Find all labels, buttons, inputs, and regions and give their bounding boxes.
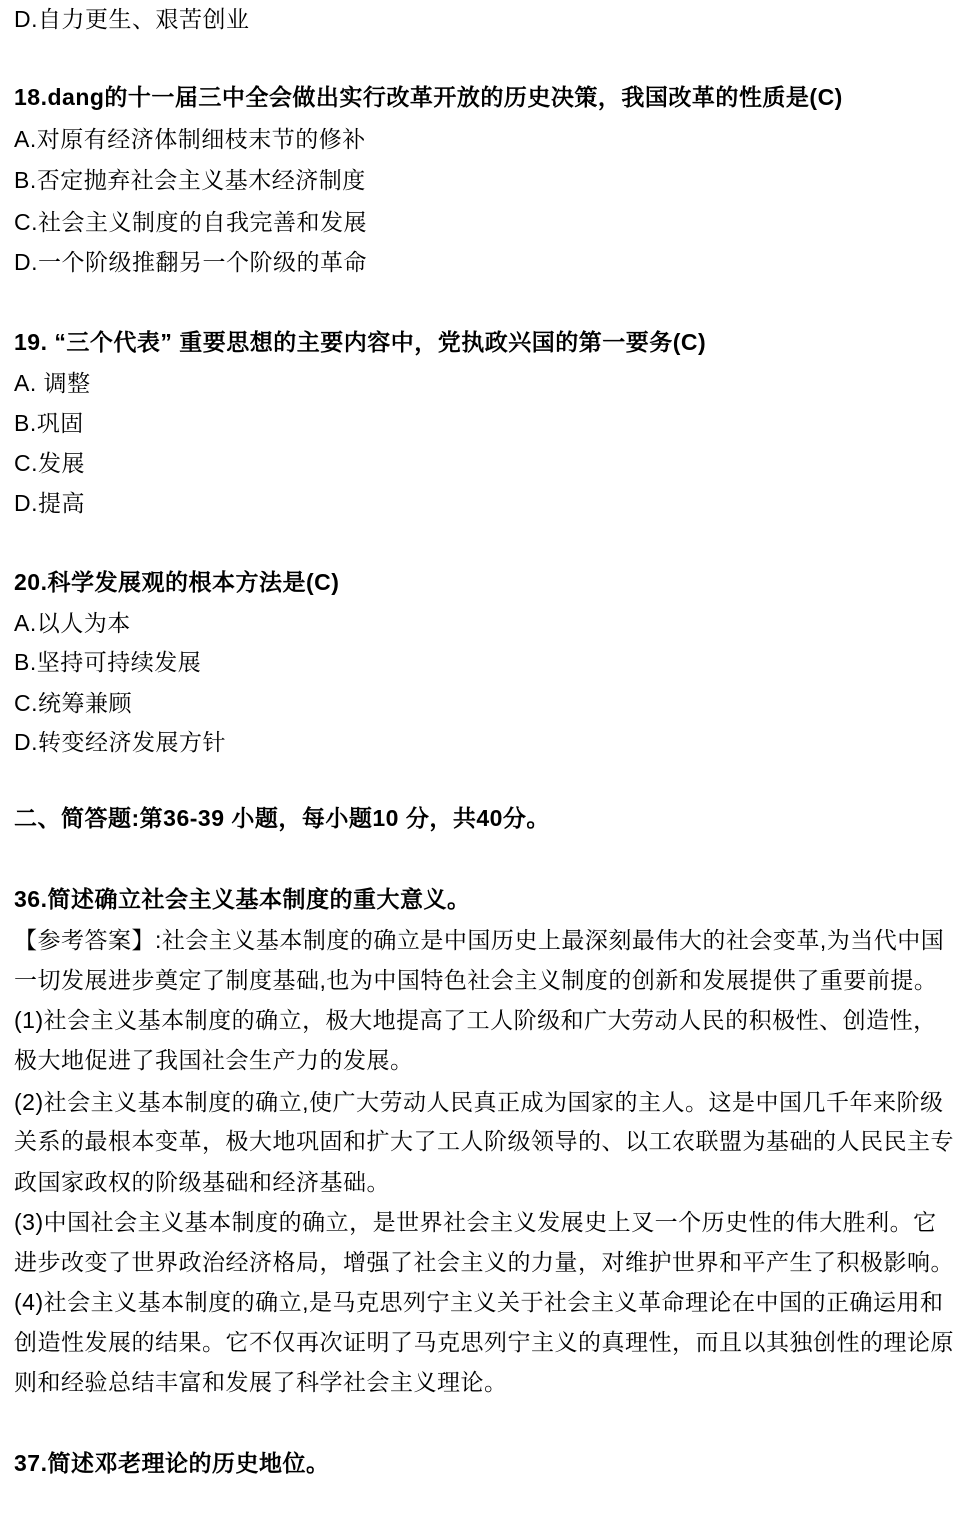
question-18-option-b: B.否定抛弃社会主义基木经济制度 (14, 169, 366, 192)
question-20-option-d: D.转变经济发展方针 (14, 731, 226, 754)
question-36-answer-line: 政国家政权的阶级基础和经济基础。 (14, 1171, 390, 1194)
question-36-answer-line: 创造性发展的结果。它不仅再次证明了马克思列宁主义的真理性，而且以其独创性的理论原 (14, 1331, 954, 1354)
question-19-option-c: C.发展 (14, 452, 85, 475)
question-18-heading: 18.dang的十一届三中全会做出实行改革开放的历史决策，我国改革的性质是(C) (14, 86, 843, 109)
question-18-option-d: D.一个阶级推翻另一个阶级的革命 (14, 251, 367, 274)
question-20-option-c: C.统筹兼顾 (14, 692, 132, 715)
question-36-answer-line: 关系的最根本变革，极大地巩固和扩大了工人阶级领导的、以工农联盟为基础的人民民主专 (14, 1130, 954, 1153)
question-36-heading: 36.简述确立社会主义基本制度的重大意义。 (14, 888, 470, 911)
question-36-answer-line: (2)社会主义基本制度的确立,使广大劳动人民真正成为国家的主人。这是中国几千年来… (14, 1091, 944, 1114)
question-19-heading: 19. “三个代表” 重要思想的主要内容中，党执政兴国的第一要务(C) (14, 331, 706, 354)
question-19-option-d: D.提高 (14, 492, 85, 515)
question-37-heading: 37.简述邓老理论的历史地位。 (14, 1452, 329, 1475)
question-20-heading: 20.科学发展观的根本方法是(C) (14, 571, 339, 594)
question-19-option-a: A. 调整 (14, 372, 91, 395)
option-d-previous-question: D.自力更生、艰苦创业 (14, 8, 250, 31)
question-18-option-a: A.对原有经济体制细枝末节的修补 (14, 128, 366, 151)
question-36-answer-line: (3)中国社会主义基本制度的确立，是世界社会主义发展史上叉一个历史性的伟大胜利。… (14, 1211, 937, 1234)
question-19-option-b: B.巩固 (14, 412, 84, 435)
question-20-option-a: A.以人为本 (14, 612, 131, 635)
section-2-heading: 二、简答题:第36-39 小题，每小题10 分，共40分。 (14, 807, 550, 830)
question-36-answer-line: 则和经验总结丰富和发展了科学社会主义理论。 (14, 1371, 508, 1394)
question-20-option-b: B.坚持可持续发展 (14, 651, 201, 674)
question-36-answer-line: (1)社会主义基本制度的确立，极大地提高了工人阶级和广大劳动人民的积极性、创造性… (14, 1009, 937, 1032)
question-36-answer-line: 【参考答案】:社会主义基本制度的确立是中国历史上最深刻最伟大的社会变革,为当代中… (14, 929, 944, 952)
question-18-option-c: C.社会主义制度的自我完善和发展 (14, 211, 367, 234)
question-36-answer-line: (4)社会主义基本制度的确立,是马克思列宁主义关于社会主义革命理论在中国的正确运… (14, 1291, 944, 1314)
question-36-answer-line: 极大地促进了我国社会生产力的发展。 (14, 1049, 414, 1072)
question-36-answer-line: 进步改变了世界政治经济格局，增强了社会主义的力量，对维护世界和平产生了积极影响。 (14, 1251, 954, 1274)
question-36-answer-line: 一切发展进步奠定了制度基础,也为中国特色社会主义制度的创新和发展提供了重要前提。 (14, 969, 937, 992)
exam-document-page: D.自力更生、艰苦创业 18.dang的十一届三中全会做出实行改革开放的历史决策… (0, 0, 958, 1526)
